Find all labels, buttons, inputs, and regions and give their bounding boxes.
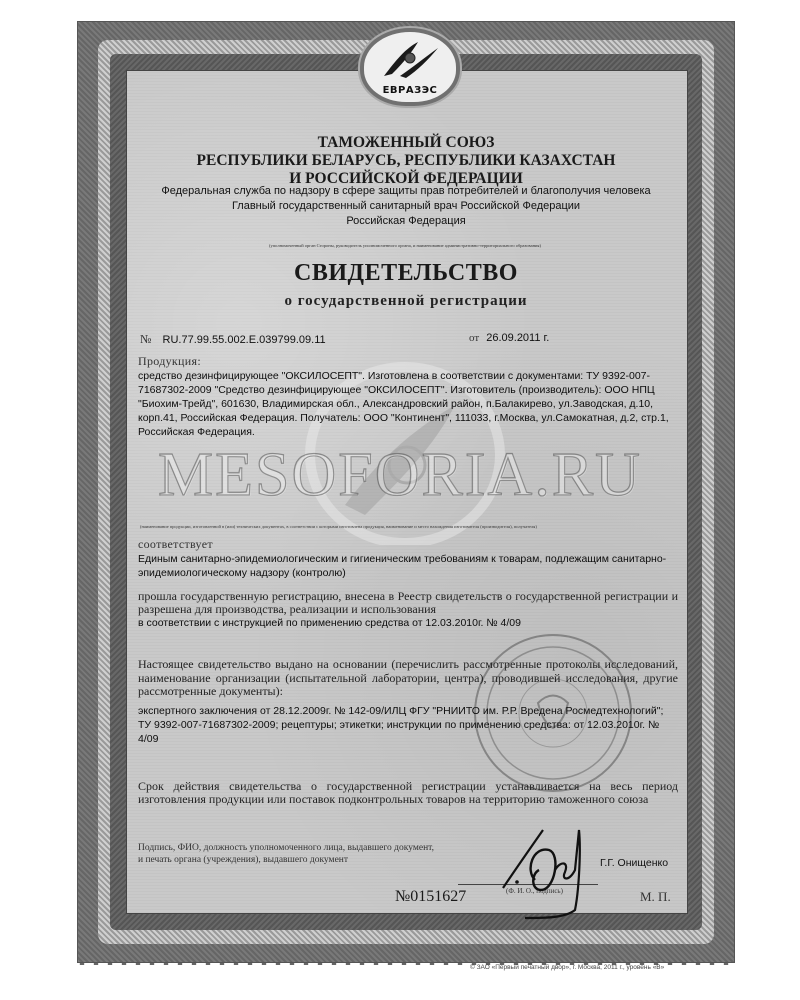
seal-place-mark: М. П. xyxy=(640,889,671,905)
authority-caption: (уполномоченный орган Стороны, руководит… xyxy=(175,243,635,249)
registration-number-row: № RU.77.99.55.002.E.039799.09.11 от 26.0… xyxy=(140,332,670,347)
union-line-2: РЕСПУБЛИКИ БЕЛАРУСЬ, РЕСПУБЛИКИ КАЗАХСТА… xyxy=(126,152,686,170)
signature-label: Подпись, ФИО, должность уполномоченного … xyxy=(138,843,438,866)
product-caption: (наименование продукции, изготовленной в… xyxy=(140,524,675,530)
certificate-subtitle: о государственной регистрации xyxy=(126,293,686,310)
registration-date: 26.09.2011 г. xyxy=(486,332,549,344)
signer-name: Г.Г. Онищенко xyxy=(600,857,668,869)
basis-section: Настоящее свидетельство выдано на основа… xyxy=(138,658,678,746)
validity-text: Срок действия свидетельства о государств… xyxy=(138,780,678,806)
form-serial-number: №0151627 xyxy=(395,888,466,906)
registration-text: прошла государственную регистрацию, внес… xyxy=(138,590,678,616)
date-prefix: от xyxy=(469,332,479,344)
agency-heading: Федеральная служба по надзору в сфере за… xyxy=(126,184,686,229)
agency-line-1: Федеральная служба по надзору в сфере за… xyxy=(126,184,686,199)
handwritten-signature-icon xyxy=(495,810,605,920)
customs-union-heading: ТАМОЖЕННЫЙ СОЮЗ РЕСПУБЛИКИ БЕЛАРУСЬ, РЕС… xyxy=(126,134,686,188)
emblem-label: ЕВРАЗЭС xyxy=(364,85,456,96)
conformity-label: соответствует xyxy=(138,537,678,552)
certificate-title: СВИДЕТЕЛЬСТВО xyxy=(126,260,686,287)
validity-section: Срок действия свидетельства о государств… xyxy=(138,780,678,806)
printer-note: © ЗАО «Первый печатный двор», г. Москва,… xyxy=(470,964,664,971)
basis-documents: экспертного заключения от 28.12.2009г. №… xyxy=(138,704,678,746)
conformity-section: соответствует Единым санитарно-эпидемиол… xyxy=(138,537,678,580)
product-section: Продукция: средство дезинфицирующее "ОКС… xyxy=(138,354,678,439)
number-sign: № xyxy=(140,332,151,346)
agency-line-2: Главный государственный санитарный врач … xyxy=(126,199,686,214)
basis-text: Настоящее свидетельство выдано на основа… xyxy=(138,658,678,699)
eurasec-emblem-icon xyxy=(378,38,442,80)
product-label: Продукция: xyxy=(138,354,678,369)
registration-number: RU.77.99.55.002.E.039799.09.11 xyxy=(163,334,326,346)
registration-section: прошла государственную регистрацию, внес… xyxy=(138,590,678,630)
agency-line-3: Российская Федерация xyxy=(126,214,686,229)
eurasec-emblem: ЕВРАЗЭС xyxy=(360,28,460,106)
product-text: средство дезинфицирующее "ОКСИЛОСЕПТ". И… xyxy=(138,369,678,439)
registration-conditions: в соответствии с инструкцией по применен… xyxy=(138,616,678,630)
conformity-text: Единым санитарно-эпидемиологическим и ги… xyxy=(138,552,678,580)
union-line-1: ТАМОЖЕННЫЙ СОЮЗ xyxy=(126,134,686,152)
registration-date-wrap: от 26.09.2011 г. xyxy=(469,332,549,344)
